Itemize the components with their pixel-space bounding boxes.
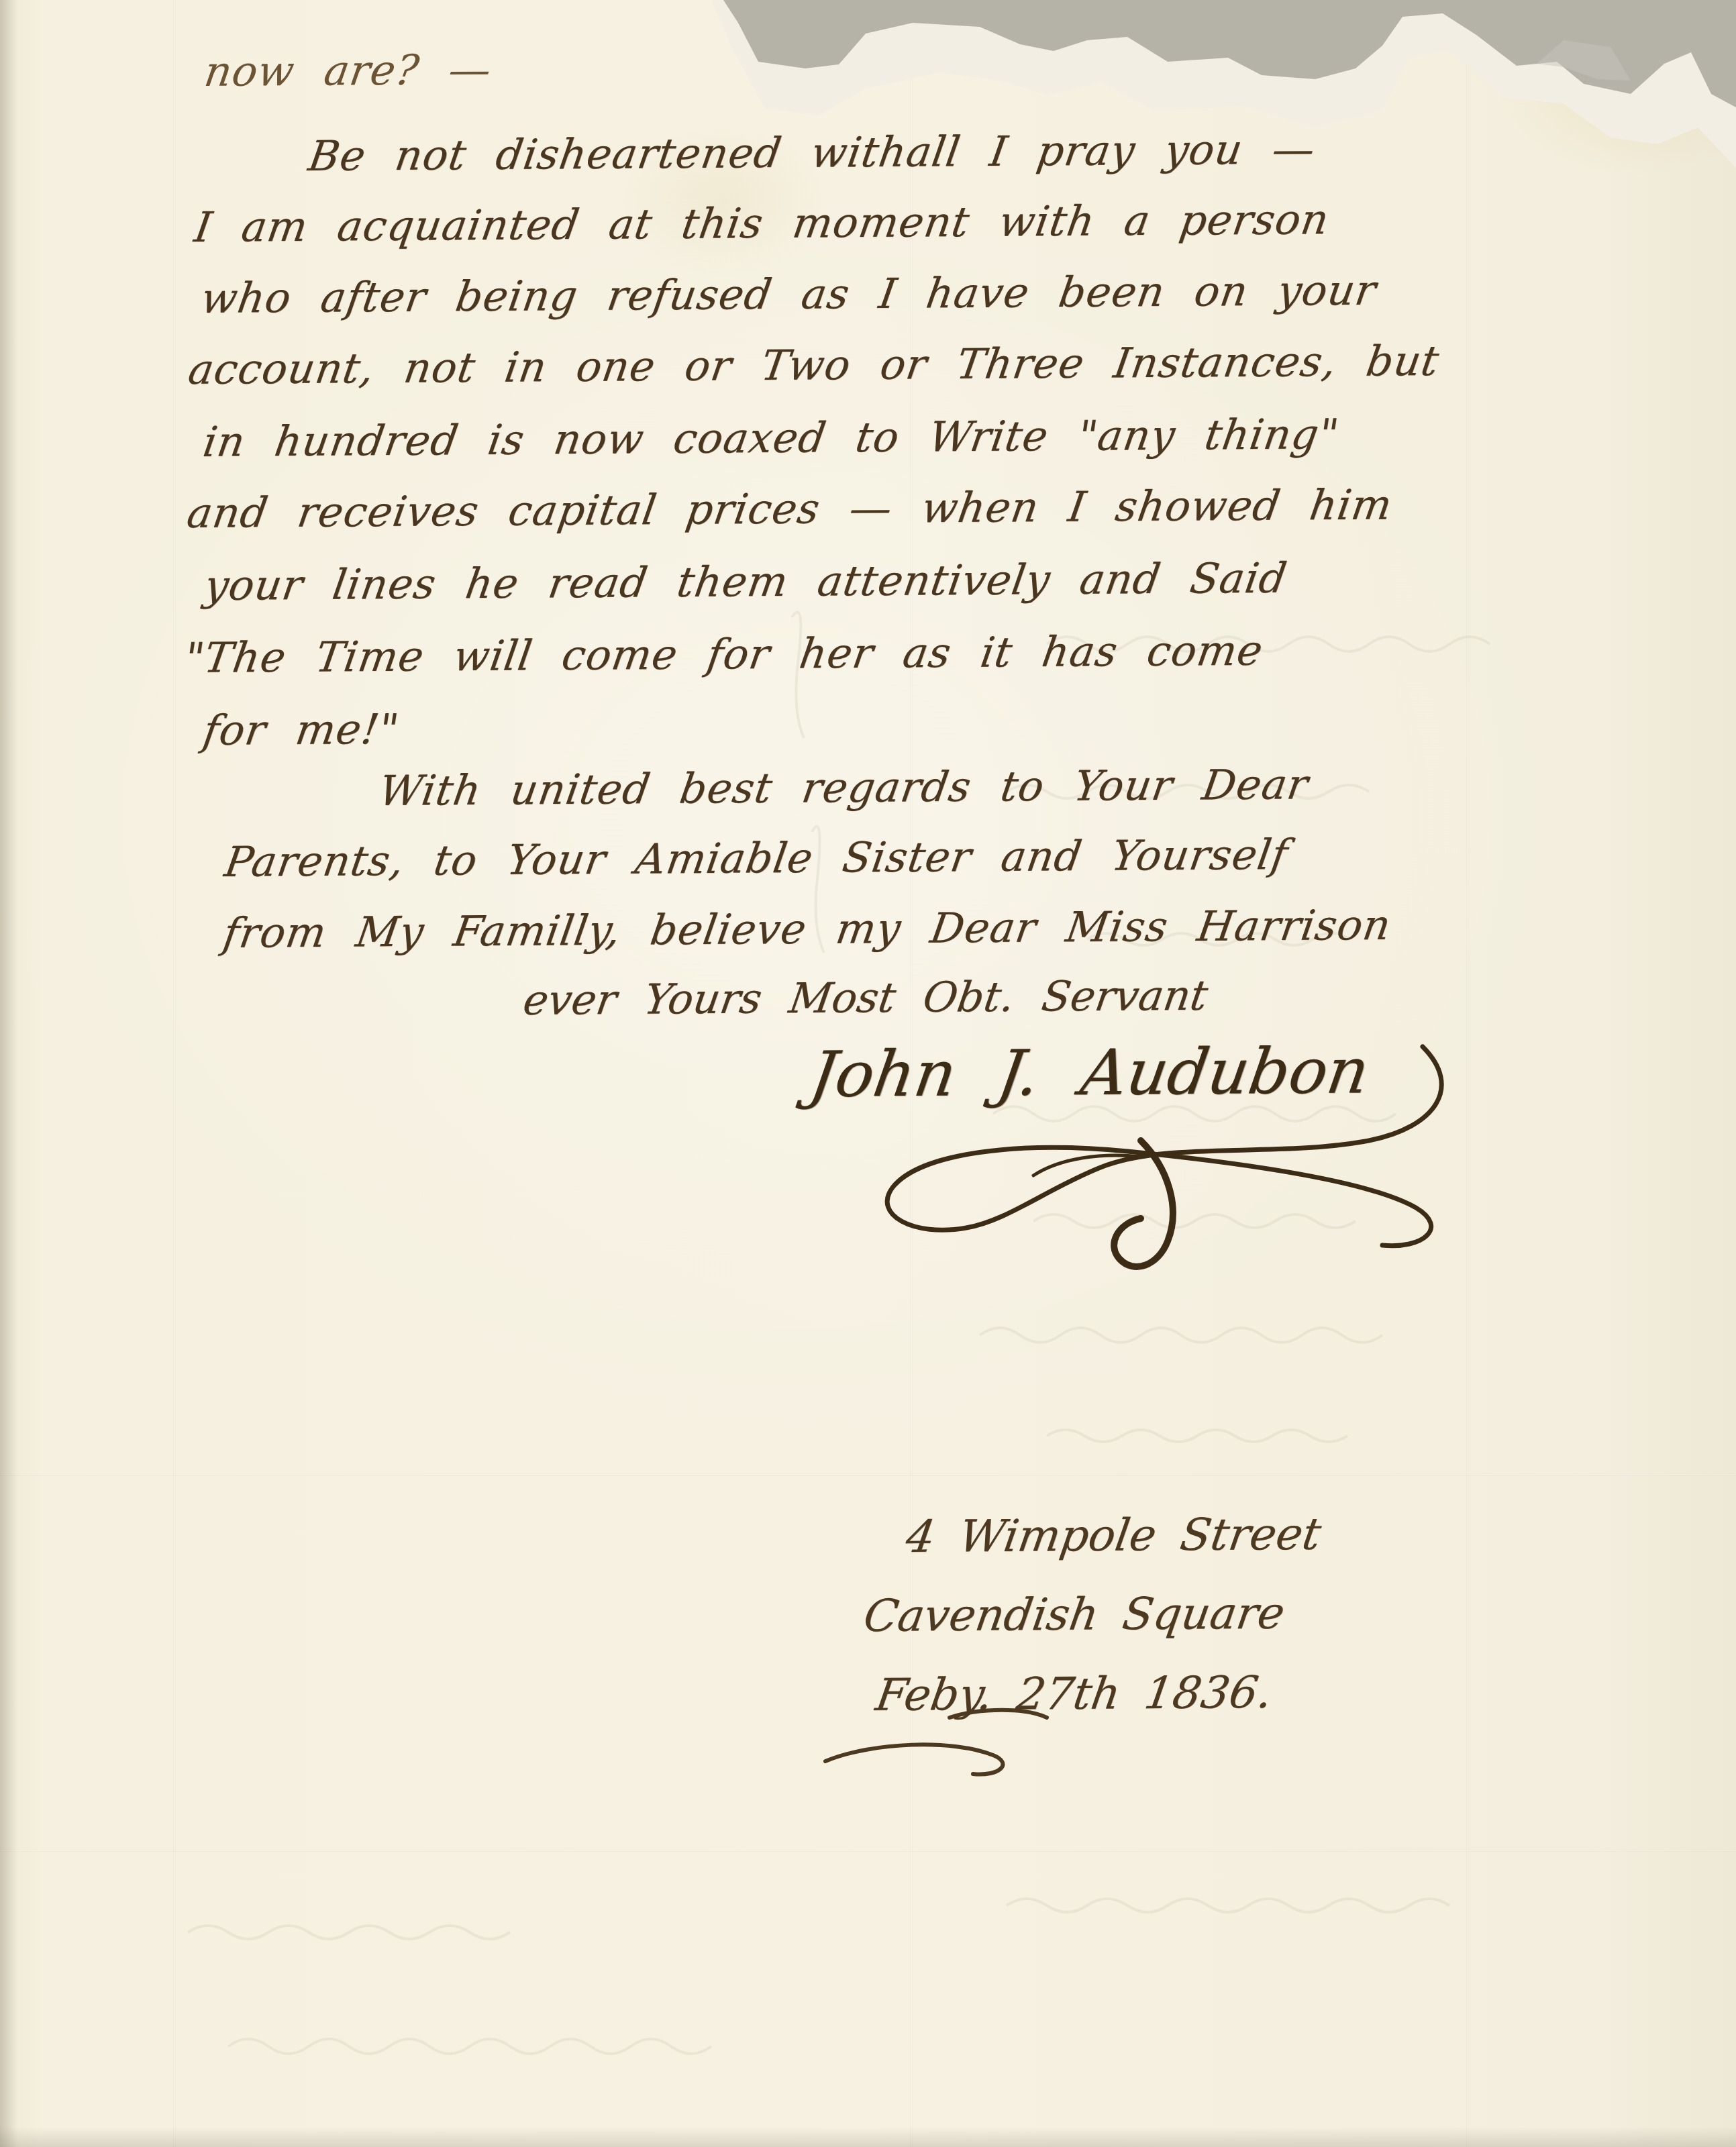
letter-line: Parents, to Your Amiable Sister and Your…: [221, 830, 1292, 886]
letter-line: Be not disheartened withall I pray you —: [305, 125, 1319, 180]
torn-top-edge: [0, 0, 1736, 215]
closing-line: ever Yours Most Obt. Servant: [520, 971, 1211, 1025]
fold-crease-vertical-right: [1466, 0, 1469, 2147]
letter-line: I am acquainted at this moment with a pe…: [191, 195, 1333, 252]
letter-line: With united best regards to Your Dear: [376, 760, 1312, 815]
address-line: 4 Wimpole Street: [903, 1508, 1325, 1563]
scan-edge-shadow-left: [0, 0, 17, 2147]
fold-crease-horizontal: [0, 1473, 1736, 1476]
address-line: Cavendish Square: [860, 1587, 1288, 1642]
letter-scan-page: now are? — Be not disheartened withall I…: [0, 0, 1736, 2147]
fold-crease-vertical-left: [173, 0, 176, 2147]
letter-line: for me!": [200, 704, 403, 755]
letter-line: "The Time will come for her as it has co…: [181, 626, 1266, 682]
scan-edge-shadow-bottom: [0, 2127, 1736, 2147]
letter-line: in hundred is now coaxed to Write "any t…: [200, 409, 1343, 466]
address-line: Feby. 27th 1836.: [872, 1667, 1276, 1721]
letter-line: who after being refused as I have been o…: [198, 266, 1380, 323]
letter-line: now are? —: [201, 45, 495, 96]
letter-line: account, not in one or Two or Three Inst…: [185, 336, 1443, 394]
signature: John J. Audubon: [805, 1035, 1374, 1112]
letter-line: your lines he read them attentively and …: [201, 554, 1290, 610]
letter-line: and receives capital prices — when I sho…: [184, 480, 1396, 537]
fold-crease-horizontal-lower: [0, 1849, 1736, 1852]
letter-line: from My Familly, believe my Dear Miss Ha…: [220, 900, 1394, 957]
